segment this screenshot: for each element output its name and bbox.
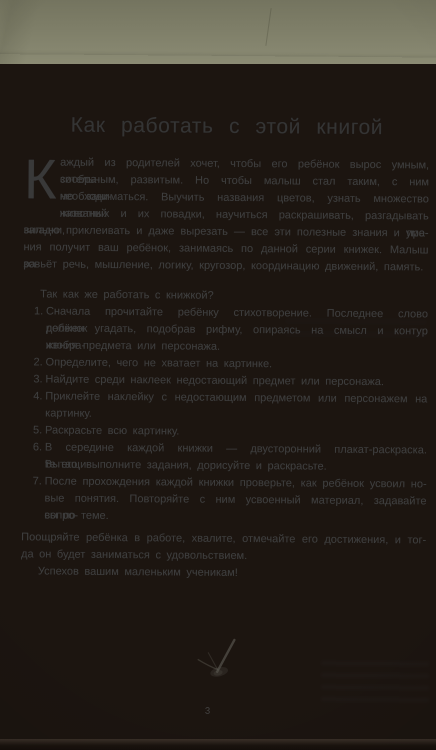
show-through-text [321, 661, 429, 710]
text-line: Приклейте наклейку с недостающим предмет… [45, 388, 427, 408]
list-item: 4.Приклейте наклейку с недостающим предм… [22, 388, 427, 425]
page-title: Как работать с этой книгой [24, 110, 429, 143]
feather-sketch [193, 630, 253, 682]
show-through-text-mid [286, 318, 426, 345]
text-line: сы по теме. [44, 507, 426, 527]
list-item-number: 2. [34, 354, 43, 371]
page-number: 3 [205, 706, 210, 717]
drop-cap: К [24, 155, 58, 206]
intro-lines: аждый из родителей хочет, чтобы его ребё… [23, 154, 429, 276]
intro-paragraph: К аждый из родителей хочет, чтобы его ре… [23, 154, 429, 276]
list-item-number: 1. [34, 303, 43, 320]
list-item-number: 7. [33, 473, 42, 490]
book-page: Как работать с этой книгой К аждый из ро… [0, 54, 436, 745]
list-item-number: 5. [33, 422, 42, 439]
list-item: 6.В середине каждой книжки — двусторонни… [22, 439, 427, 476]
list-item-number: 6. [33, 439, 42, 456]
list-item: 7.После прохождения каждой книжки провер… [21, 473, 426, 527]
text-line: зовьёт речь, мышление, логику, кругозор,… [23, 256, 428, 276]
book-photo: Как работать с этой книгой К аждый из ро… [0, 0, 436, 750]
closing-final-line: Успехов вашим маленьким ученикам! [21, 563, 436, 583]
closing-paragraph: Поощряйте ребёнка в работе, хвалите, отм… [21, 529, 426, 566]
list-item-number: 4. [33, 388, 42, 405]
list-item-number: 3. [33, 371, 42, 388]
table-edge [0, 739, 436, 750]
